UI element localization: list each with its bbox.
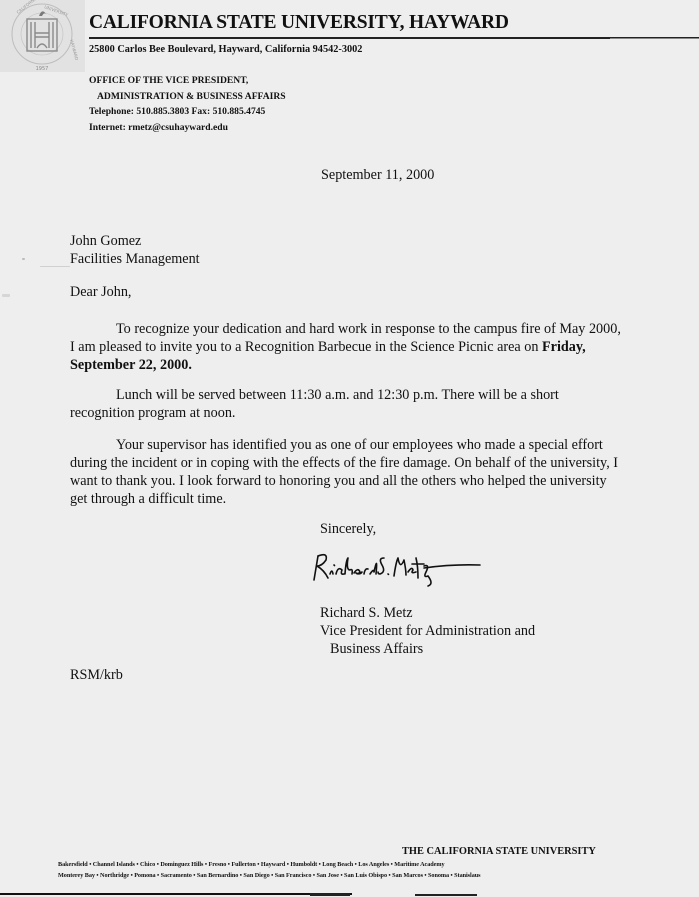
paragraph-lunch: Lunch will be served between 11:30 a.m. …: [70, 386, 610, 422]
telephone-fax: Telephone: 510.885.3803 Fax: 510.885.474…: [89, 104, 286, 120]
signer-title-continued: Business Affairs: [320, 640, 535, 658]
scan-speck: [40, 266, 70, 267]
handwritten-signature-icon: [312, 548, 482, 588]
university-seal: 1957 CALIFORNIA STATE UNIVERSITY HAYWARD: [0, 0, 85, 72]
paragraph-line: want to thank you. I look forward to hon…: [70, 472, 610, 490]
signer-title: Vice President for Administration and: [320, 622, 535, 640]
scan-speck: [2, 294, 10, 297]
footer-rule: [310, 893, 350, 896]
recipient-department: Facilities Management: [70, 250, 200, 268]
paragraph-line: I am pleased to invite you to a Recognit…: [70, 338, 610, 356]
paragraph-line: recognition program at noon.: [70, 404, 610, 422]
csu-hayward-seal-icon: 1957 CALIFORNIA STATE UNIVERSITY HAYWARD: [0, 0, 85, 72]
recipient-name: John Gomez: [70, 232, 200, 250]
scan-speck: [22, 258, 25, 260]
paragraph-invitation: To recognize your dedication and hard wo…: [70, 320, 610, 374]
event-day: Friday,: [542, 339, 586, 355]
event-date: September 22, 2000.: [70, 356, 610, 374]
footer-rule: [415, 894, 477, 896]
office-block: OFFICE OF THE VICE PRESIDENT, ADMINISTRA…: [89, 73, 286, 135]
salutation: Dear John,: [70, 283, 131, 301]
office-subtitle: ADMINISTRATION & BUSINESS AFFAIRS: [89, 89, 286, 105]
reference-initials: RSM/krb: [70, 666, 123, 684]
university-name: CALIFORNIA STATE UNIVERSITY, HAYWARD: [89, 12, 509, 34]
recipient-block: John Gomez Facilities Management: [70, 232, 200, 268]
paragraph-line: Lunch will be served between 11:30 a.m. …: [70, 386, 610, 404]
letterhead-rule: [89, 37, 699, 39]
signer-block: Richard S. Metz Vice President for Admin…: [320, 604, 535, 658]
university-address: 25800 Carlos Bee Boulevard, Hayward, Cal…: [89, 44, 362, 55]
office-title: OFFICE OF THE VICE PRESIDENT,: [89, 73, 286, 89]
campus-list: Bakersfield • Channel Islands • Chico • …: [58, 859, 481, 881]
internet-email: Internet: rmetz@csuhayward.edu: [89, 120, 286, 136]
signature: [312, 548, 482, 588]
paragraph-text: I am pleased to invite you to a Recognit…: [70, 339, 542, 355]
paragraph-line: Your supervisor has identified you as on…: [70, 436, 610, 454]
closing: Sincerely,: [320, 520, 376, 538]
campus-list-line: Bakersfield • Channel Islands • Chico • …: [58, 859, 481, 870]
paragraph-line: get through a difficult time.: [70, 490, 610, 508]
footer-rule: [0, 893, 352, 895]
paragraph-line: To recognize your dedication and hard wo…: [70, 320, 610, 338]
paragraph-line: during the incident or in coping with th…: [70, 454, 610, 472]
letterhead-rule-extension: [610, 38, 699, 39]
campus-list-line: Monterey Bay • Northridge • Pomona • Sac…: [58, 870, 481, 881]
svg-text:1957: 1957: [36, 66, 49, 72]
csu-system-name: THE CALIFORNIA STATE UNIVERSITY: [402, 846, 596, 857]
signer-name: Richard S. Metz: [320, 604, 535, 622]
paragraph-thanks: Your supervisor has identified you as on…: [70, 436, 610, 508]
letter-date: September 11, 2000: [321, 166, 434, 184]
